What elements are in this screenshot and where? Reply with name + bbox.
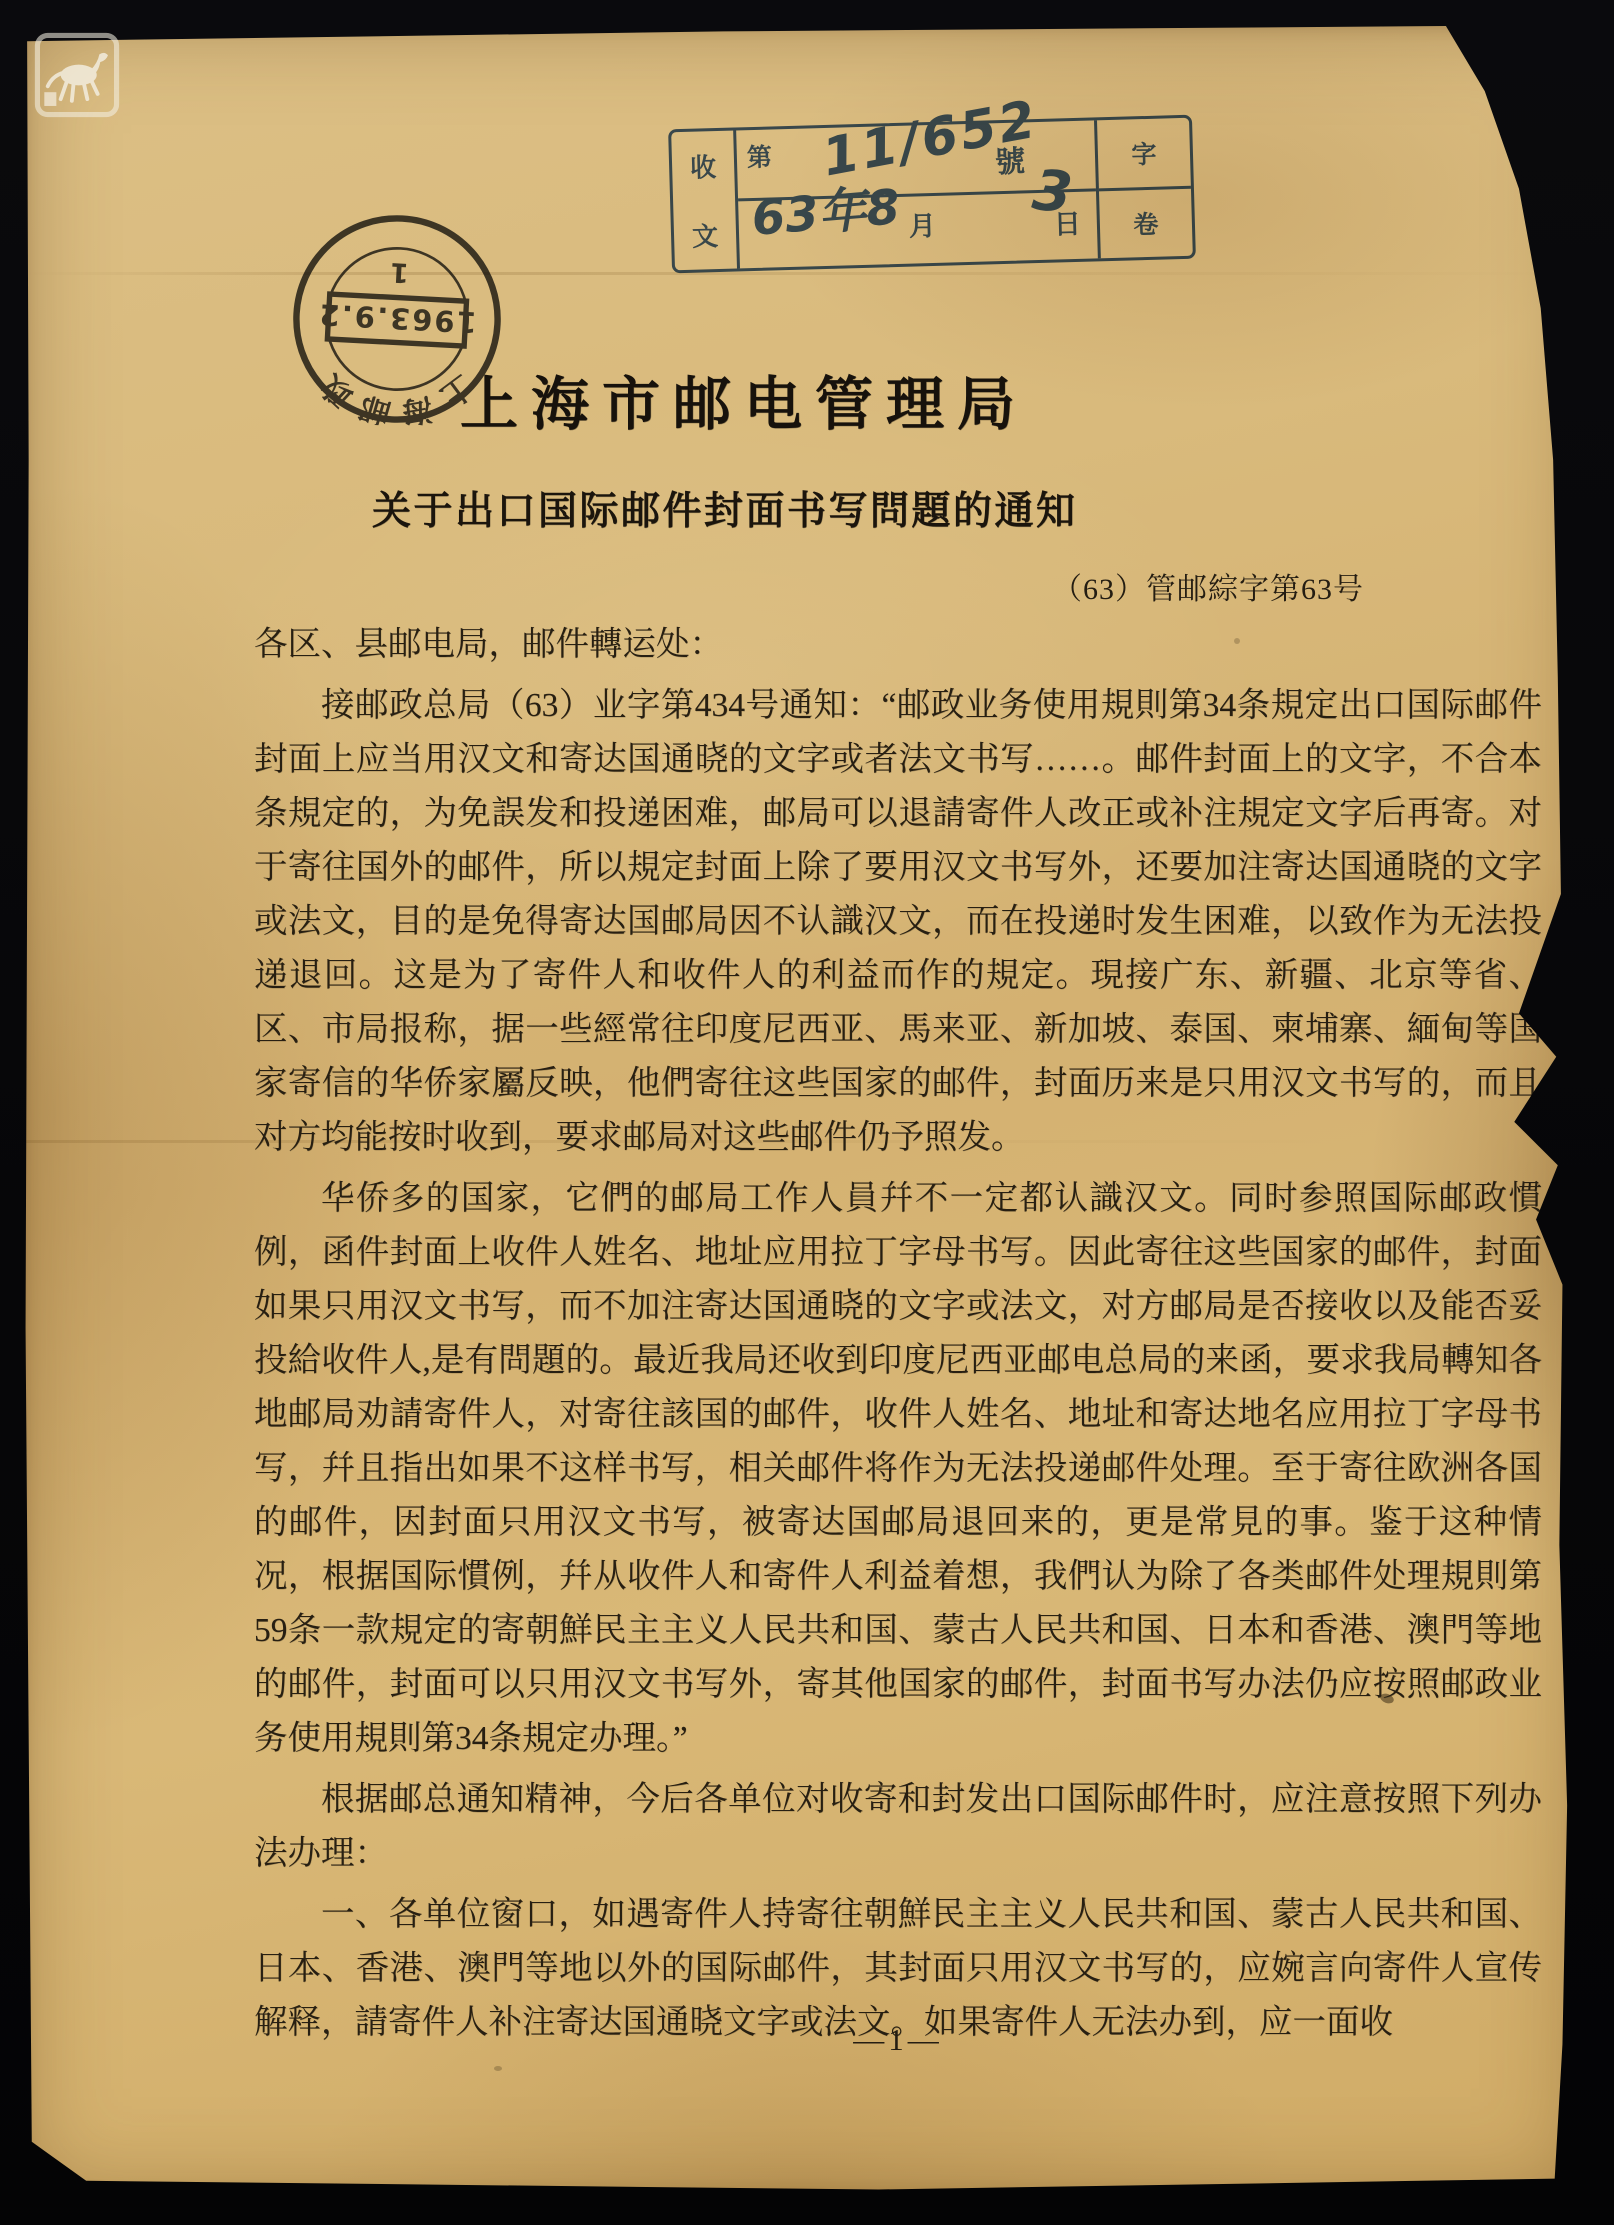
body-paragraph: 根据邮总通知精神，今后各单位对收寄和封发出口国际邮件时，应注意按照下列办法办理：	[254, 1773, 1542, 1881]
month-label: 月	[908, 203, 936, 243]
handwritten-date: 63年8	[749, 168, 902, 249]
handwritten-day: 3	[1029, 158, 1075, 227]
page-number: —1—	[254, 2022, 1542, 2058]
postmark-date: 1963.9.2	[316, 297, 477, 339]
received-stamp-left-column: 收 文	[671, 130, 740, 270]
received-stamp-label: 收	[690, 147, 717, 185]
document-number: （63）管邮綜字第63号	[1052, 564, 1364, 608]
salutation-line: 各区、县邮电局，邮件轉运处：	[254, 618, 1542, 672]
document-page: 收 文 第 號 月 日 字 卷 11/652 63年8 3	[24, 26, 1578, 2196]
body-paragraph: 华侨多的国家，它們的邮局工作人員幷不一定都认識汉文。同时参照国际邮政慣例，函件封…	[254, 1172, 1542, 1766]
received-stamp-label: 文	[692, 216, 719, 254]
ink-speck	[494, 2066, 502, 2071]
body-paragraph: 接邮政总局（63）业字第434号通知：“邮政业务使用規則第34条規定出口国际邮件…	[254, 679, 1542, 1165]
organization-title: 上海市邮电管理局	[460, 357, 1028, 441]
number-prefix: 第	[746, 137, 772, 174]
file-cell: 卷	[1099, 188, 1193, 258]
received-stamp-right-column: 字 卷	[1094, 118, 1193, 259]
received-document-stamp: 收 文 第 號 月 日 字 卷 11/652 63年8 3	[668, 115, 1196, 274]
document-subject-title: 关于出口国际邮件封面书写問題的通知	[372, 480, 1078, 536]
photo-background: 收 文 第 號 月 日 字 卷 11/652 63年8 3	[0, 0, 1614, 2225]
document-body: 各区、县邮电局，邮件轉运处： 接邮政总局（63）业字第434号通知：“邮政业务使…	[254, 618, 1542, 2050]
character-cell: 字	[1097, 118, 1191, 191]
paper-crease	[24, 272, 1578, 275]
horse-seal-icon	[34, 32, 120, 118]
postmark-code: 1	[389, 256, 409, 288]
